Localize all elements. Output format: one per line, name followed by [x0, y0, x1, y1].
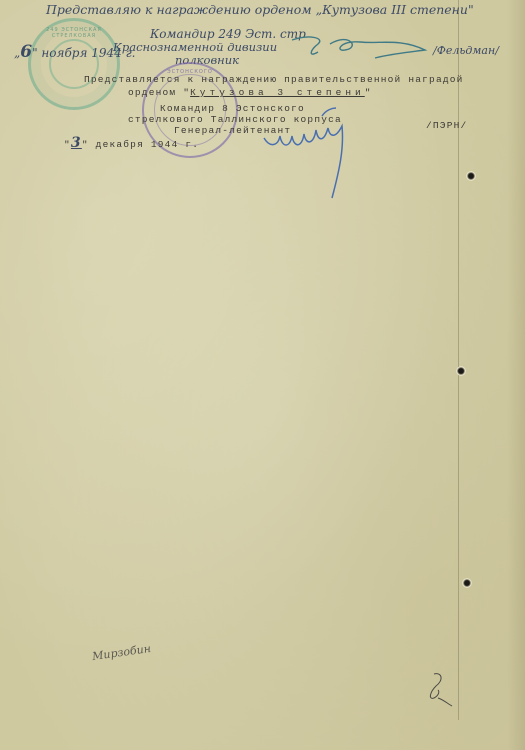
regiment-commander-position-line2: Краснознаменной дивизии — [113, 40, 277, 54]
regiment-date-rest: ноября 1944 г. — [41, 46, 135, 60]
corps-date-day: 3 — [71, 135, 82, 151]
corps-date-rest: декабря 1944 г. — [96, 139, 200, 150]
pencil-note: Мирзобин — [91, 642, 151, 663]
regiment-recommendation-heading: Представляю к награждению орденом „Кутуз… — [46, 2, 474, 17]
order-prefix: орденом " — [128, 87, 190, 98]
regiment-date-day: 6 — [20, 42, 32, 62]
punch-hole-3 — [462, 578, 472, 588]
document-page: 249 ЭСТОНСКАЯ СТРЕЛКОВАЯ Представляю к н… — [0, 0, 525, 750]
corps-commander-signature — [262, 108, 402, 198]
punch-hole-2 — [456, 366, 466, 376]
green-round-stamp: 249 ЭСТОНСКАЯ СТРЕЛКОВАЯ — [28, 18, 120, 110]
corps-recommendation-line2: орденом "Кутузова 3 степени" — [128, 87, 372, 98]
punch-hole-1 — [466, 171, 476, 181]
order-name: Кутузова 3 степени — [190, 87, 365, 98]
green-stamp-text: 249 ЭСТОНСКАЯ СТРЕЛКОВАЯ — [31, 27, 117, 39]
corps-recommendation-line1: Представляется к награждению правительст… — [84, 74, 464, 85]
corps-date: "3" декабря 1944 г. — [64, 135, 199, 151]
fold-line — [458, 0, 459, 720]
order-suffix: " — [365, 87, 372, 98]
regiment-commander-position-line1: Командир 249 Эст. стр — [150, 27, 306, 41]
regiment-commander-name: /Фельдман/ — [433, 44, 499, 57]
regiment-date: „6" ноября 1944 г. — [14, 42, 135, 62]
corps-commander-name: /ПЭРН/ — [426, 120, 467, 131]
pencil-mark-bottom-right — [424, 670, 454, 710]
regiment-commander-signature — [290, 28, 440, 68]
paper-edge-shadow — [507, 0, 525, 750]
